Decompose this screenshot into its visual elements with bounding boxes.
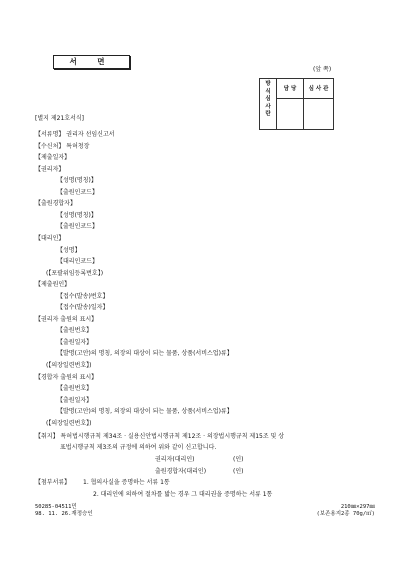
attachment-item-1: 1. 협의사실을 증명하는 서류 1통 xyxy=(83,479,170,487)
form-field-line: 【출원인코드】 xyxy=(57,223,98,231)
signature-rights-holder-label: 권리자(대리인) xyxy=(155,456,194,464)
form-field-line: 【성명(명칭)】 xyxy=(57,212,97,220)
form-field-line: 【제출일자】 xyxy=(35,154,70,162)
form-field-line: 【출원번호】 xyxy=(57,327,92,335)
form-field-line: 【서류명】 권리자 선임신고서 xyxy=(35,131,115,139)
approval-date: 98. 11. 26.재정승인 xyxy=(35,511,93,518)
form-field-line: 【발명(고안)의 명칭, 의장의 대상이 되는 물품, 상품(서비스업)류】 xyxy=(57,408,233,416)
form-field-line: 【출원경합자】 xyxy=(35,200,76,208)
form-field-line: 【권리자 출원의 표시】 xyxy=(35,316,97,324)
form-field-line: (【의장일련번호】) xyxy=(46,420,91,428)
form-field-line: (【포괄위임등록번호】) xyxy=(46,270,103,278)
approval-header-officer: 담 당 xyxy=(277,79,304,99)
paper-size: 210㎜×297㎜ xyxy=(341,504,375,511)
attachments-label: 【첨부서류】 xyxy=(35,479,70,487)
approval-header-examiner: 심 사 관 xyxy=(304,79,334,99)
form-field-line: 【출원번호】 xyxy=(57,385,92,393)
officer-stamp-cell[interactable] xyxy=(277,98,304,129)
seal-competitor[interactable]: (인) xyxy=(233,468,243,476)
approval-stamp-box: 방 식 심 사 란 담 당 심 사 관 xyxy=(259,78,334,130)
form-field-line: 【권리자】 xyxy=(35,166,64,174)
form-field-line: 【성명】 xyxy=(57,247,81,255)
examiner-stamp-cell[interactable] xyxy=(304,98,334,129)
form-field-line: 【출원인코드】 xyxy=(57,189,98,197)
seal-rights-holder[interactable]: (인) xyxy=(233,456,243,464)
form-field-line: 【수신처】 특허청장 xyxy=(35,143,89,151)
form-field-line: 【접수(발송)일자】 xyxy=(57,304,108,312)
form-field-line: 【출원일자】 xyxy=(57,339,92,347)
purpose-line-1: 【취지】 특허법시행규칙 제34조 · 실용신안법시행규칙 제12조 · 의장법… xyxy=(35,433,284,441)
form-field-line: (【의장일련번호】) xyxy=(46,362,91,370)
form-field-line: 【대리인코드】 xyxy=(57,258,98,266)
form-reference: [별지 제21호서식] xyxy=(35,115,84,123)
paper-type: (보존용지2종 70g/㎡) xyxy=(316,511,375,518)
approval-side-label: 방 식 심 사 란 xyxy=(260,79,277,130)
document-title-box: 서 면 xyxy=(53,55,130,69)
page-side-note: (앞 쪽) xyxy=(313,64,331,73)
signature-competitor-label: 출원경합자(대리인) xyxy=(155,468,206,476)
form-field-line: 【성명(명칭)】 xyxy=(57,177,97,185)
form-field-line: 【발명(고안)의 명칭, 의장의 대상이 되는 물품, 상품(서비스업)류】 xyxy=(57,350,233,358)
attachment-item-2: 2. 대리인에 의하여 절차를 밟는 경우 그 대리권을 증명하는 서류 1통 xyxy=(93,491,272,499)
form-field-line: 【출원일자】 xyxy=(57,397,92,405)
form-field-line: 【제출원인】 xyxy=(35,281,70,289)
form-code: 50285-04511민 xyxy=(35,504,77,511)
form-field-line: 【경합자 출원의 표시】 xyxy=(35,374,97,382)
form-field-line: 【대리인】 xyxy=(35,235,64,243)
purpose-line-2: 표법시행규칙 제3조의 규정에 의하여 위와 같이 신고합니다. xyxy=(60,444,216,452)
form-field-line: 【접수(발송)번호】 xyxy=(57,293,108,301)
